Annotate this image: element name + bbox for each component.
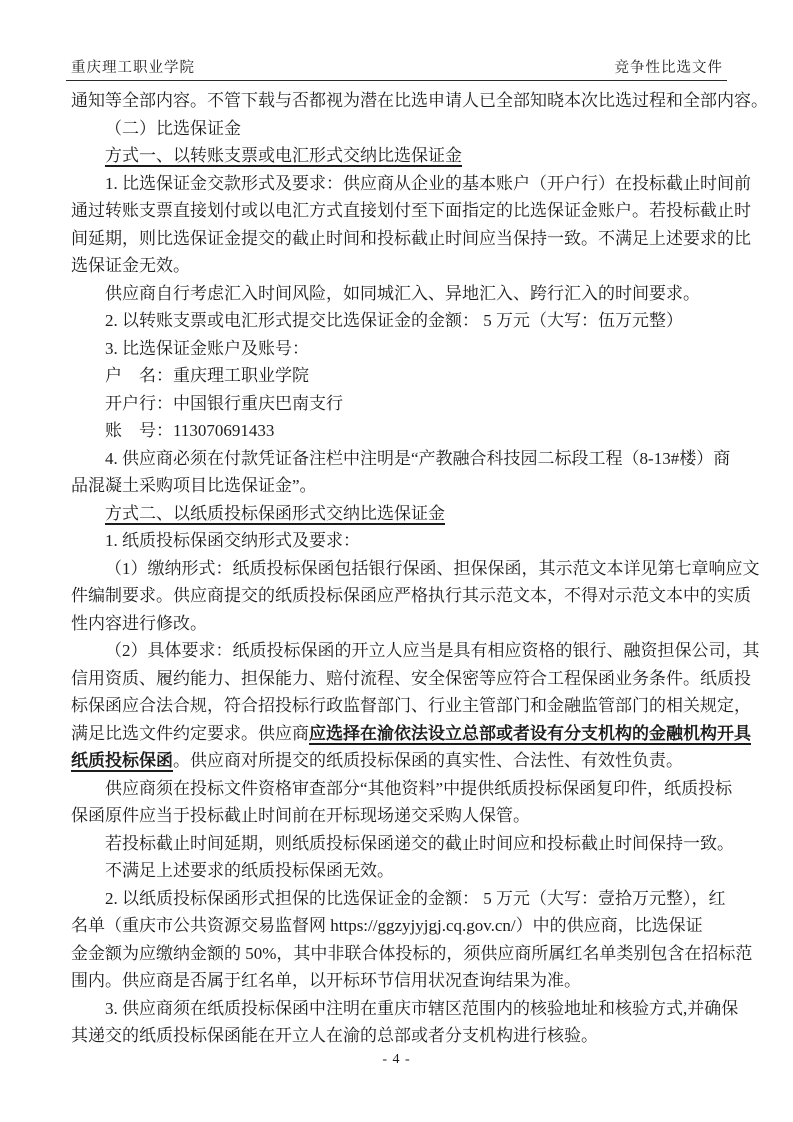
text-segment: 满足比选文件约定要求。供应商: [71, 724, 309, 743]
text-line: 品混凝土采购项目比选保证金”。: [71, 472, 723, 500]
text-segment: 金金额为应缴纳金额的 50%，其中非联合体投标的，须供应商所属红名单类别包含在招…: [71, 944, 752, 963]
document-body: 通知等全部内容。不管下载与否都视为潜在比选申请人已全部知晓本次比选过程和全部内容…: [71, 87, 723, 1050]
text-segment: 1. 比选保证金交款形式及要求：供应商从企业的基本账户（开户行）在投标截止时间前: [105, 174, 751, 193]
text-segment: （2）具体要求：纸质投标保函的开立人应当是具有相应资格的银行、融资担保公司，其: [105, 641, 760, 660]
text-line: 其递交的纸质投标保函能在开立人在渝的总部或者分支机构进行核验。: [71, 1022, 723, 1050]
text-segment: 3. 比选保证金账户及账号：: [105, 339, 309, 358]
header-document-type: 竞争性比选文件: [615, 56, 724, 77]
text-segment: 品混凝土采购项目比选保证金”。: [71, 476, 317, 495]
page-number: - 4 -: [382, 1052, 410, 1067]
emphasized-text: 应选择在渝依法设立总部或者设有分支机构的金融机构开具: [309, 724, 751, 743]
text-line: 件编制要求。供应商提交的纸质投标保函应严格执行其示范文本，不得对示范文本中的实质: [71, 582, 723, 610]
text-segment: 开户行：中国银行重庆巴南支行: [105, 394, 343, 413]
text-line: （1）缴纳形式：纸质投标保函包括银行保函、担保保函，其示范文本详见第七章响应文: [71, 555, 723, 583]
text-line: 间延期，则比选保证金提交的截止时间和投标截止时间应当保持一致。不满足上述要求的比: [71, 225, 723, 253]
text-line: 满足比选文件约定要求。供应商应选择在渝依法设立总部或者设有分支机构的金融机构开具: [71, 720, 723, 748]
text-line: 若投标截止时间延期，则纸质投标保函递交的截止时间应和投标截止时间保持一致。: [71, 830, 723, 858]
text-line: 通过转账支票直接划付或以电汇方式直接划付至下面指定的比选保证金账户。若投标截止时: [71, 197, 723, 225]
text-segment: 围内。供应商是否属于红名单，以开标环节信用状况查询结果为准。: [71, 971, 581, 990]
text-line: 性内容进行修改。: [71, 610, 723, 638]
text-line: （2）具体要求：纸质投标保函的开立人应当是具有相应资格的银行、融资担保公司，其: [71, 637, 723, 665]
text-line: 供应商须在投标文件资格审查部分“其他资料”中提供纸质投标保函复印件，纸质投标: [71, 775, 723, 803]
document-page: 重庆理工职业学院 竞争性比选文件 通知等全部内容。不管下载与否都视为潜在比选申请…: [0, 0, 793, 1122]
text-segment: 若投标截止时间延期，则纸质投标保函递交的截止时间应和投标截止时间保持一致。: [105, 834, 734, 853]
text-line: 2. 以纸质投标保函形式担保的比选保证金的金额： 5 万元（大写：壹拾万元整），…: [71, 885, 723, 913]
text-line: 方式二、以纸质投标保函形式交纳比选保证金: [71, 500, 723, 528]
text-segment: 件编制要求。供应商提交的纸质投标保函应严格执行其示范文本，不得对示范文本中的实质: [71, 586, 751, 605]
text-segment: 保函原件应当于投标截止时间前在开标现场递交采购人保管。: [71, 806, 530, 825]
text-line: 不满足上述要求的纸质投标保函无效。: [71, 857, 723, 885]
text-segment: 间延期，则比选保证金提交的截止时间和投标截止时间应当保持一致。不满足上述要求的比: [71, 229, 751, 248]
text-segment: （1）缴纳形式：纸质投标保函包括银行保函、担保保函，其示范文本详见第七章响应文: [105, 559, 760, 578]
page-header: 重庆理工职业学院 竞争性比选文件: [71, 56, 723, 77]
text-segment: 1. 纸质投标保函交纳形式及要求：: [105, 531, 360, 550]
text-line: 4. 供应商必须在付款凭证备注栏中注明是“产教融合科技园二标段工程（8-13#楼…: [71, 445, 723, 473]
text-line: 户 名：重庆理工职业学院: [71, 362, 723, 390]
text-segment: 名单（重庆市公共资源交易监督网 https://ggzyjyjgj.cq.gov…: [71, 916, 703, 935]
header-organization: 重庆理工职业学院: [71, 56, 195, 77]
text-line: 3. 比选保证金账户及账号：: [71, 335, 723, 363]
text-segment: 3. 供应商须在纸质投标保函中注明在重庆市辖区范围内的核验地址和核验方式,并确保: [105, 999, 738, 1018]
text-line: 方式一、以转账支票或电汇形式交纳比选保证金: [71, 142, 723, 170]
text-segment: 4. 供应商必须在付款凭证备注栏中注明是“产教融合科技园二标段工程（8-13#楼…: [105, 449, 730, 468]
text-segment: 选保证金无效。: [71, 256, 190, 275]
text-segment: 户 名：重庆理工职业学院: [105, 366, 309, 385]
underlined-heading-text: 方式一、以转账支票或电汇形式交纳比选保证金: [105, 146, 462, 165]
text-segment: 不满足上述要求的纸质投标保函无效。: [105, 861, 394, 880]
text-segment: 。供应商对所提交的纸质投标保函的真实性、合法性、有效性负责。: [173, 751, 683, 770]
text-line: （二）比选保证金: [71, 115, 723, 143]
text-segment: 通过转账支票直接划付或以电汇方式直接划付至下面指定的比选保证金账户。若投标截止时: [71, 201, 751, 220]
text-line: 3. 供应商须在纸质投标保函中注明在重庆市辖区范围内的核验地址和核验方式,并确保: [71, 995, 723, 1023]
text-line: 账 号：113070691433: [71, 417, 723, 445]
text-segment: 性内容进行修改。: [71, 614, 207, 633]
text-line: 标保函应合法合规，符合招投标行政监督部门、行业主管部门和金融监管部门的相关规定，: [71, 692, 723, 720]
text-segment: 2. 以转账支票或电汇形式提交比选保证金的金额： 5 万元（大写：伍万元整）: [105, 311, 683, 330]
text-line: 信用资质、履约能力、担保能力、赔付流程、安全保密等应符合工程保函业务条件。纸质投: [71, 665, 723, 693]
text-segment: 供应商自行考虑汇入时间风险，如同城汇入、异地汇入、跨行汇入的时间要求。: [105, 284, 700, 303]
text-segment: 信用资质、履约能力、担保能力、赔付流程、安全保密等应符合工程保函业务条件。纸质投: [71, 669, 751, 688]
page-footer: - 4 -: [0, 1052, 793, 1068]
text-line: 金金额为应缴纳金额的 50%，其中非联合体投标的，须供应商所属红名单类别包含在招…: [71, 940, 723, 968]
emphasized-text: 纸质投标保函: [71, 751, 173, 770]
text-segment: 其递交的纸质投标保函能在开立人在渝的总部或者分支机构进行核验。: [71, 1026, 598, 1045]
text-line: 纸质投标保函。供应商对所提交的纸质投标保函的真实性、合法性、有效性负责。: [71, 747, 723, 775]
text-segment: 2. 以纸质投标保函形式担保的比选保证金的金额： 5 万元（大写：壹拾万元整），…: [105, 889, 726, 908]
text-line: 开户行：中国银行重庆巴南支行: [71, 390, 723, 418]
header-divider: [66, 80, 727, 81]
text-line: 保函原件应当于投标截止时间前在开标现场递交采购人保管。: [71, 802, 723, 830]
text-segment: 供应商须在投标文件资格审查部分“其他资料”中提供纸质投标保函复印件，纸质投标: [105, 779, 732, 798]
text-line: 2. 以转账支票或电汇形式提交比选保证金的金额： 5 万元（大写：伍万元整）: [71, 307, 723, 335]
text-line: 1. 比选保证金交款形式及要求：供应商从企业的基本账户（开户行）在投标截止时间前: [71, 170, 723, 198]
text-line: 1. 纸质投标保函交纳形式及要求：: [71, 527, 723, 555]
text-segment: 账 号：113070691433: [105, 421, 274, 440]
text-segment: （二）比选保证金: [105, 119, 241, 138]
text-line: 选保证金无效。: [71, 252, 723, 280]
underlined-heading-text: 方式二、以纸质投标保函形式交纳比选保证金: [105, 504, 445, 523]
text-line: 围内。供应商是否属于红名单，以开标环节信用状况查询结果为准。: [71, 967, 723, 995]
text-segment: 标保函应合法合规，符合招投标行政监督部门、行业主管部门和金融监管部门的相关规定，: [71, 696, 751, 715]
text-line: 通知等全部内容。不管下载与否都视为潜在比选申请人已全部知晓本次比选过程和全部内容…: [71, 87, 723, 115]
text-line: 名单（重庆市公共资源交易监督网 https://ggzyjyjgj.cq.gov…: [71, 912, 723, 940]
text-segment: 通知等全部内容。不管下载与否都视为潜在比选申请人已全部知晓本次比选过程和全部内容…: [71, 91, 768, 110]
text-line: 供应商自行考虑汇入时间风险，如同城汇入、异地汇入、跨行汇入的时间要求。: [71, 280, 723, 308]
